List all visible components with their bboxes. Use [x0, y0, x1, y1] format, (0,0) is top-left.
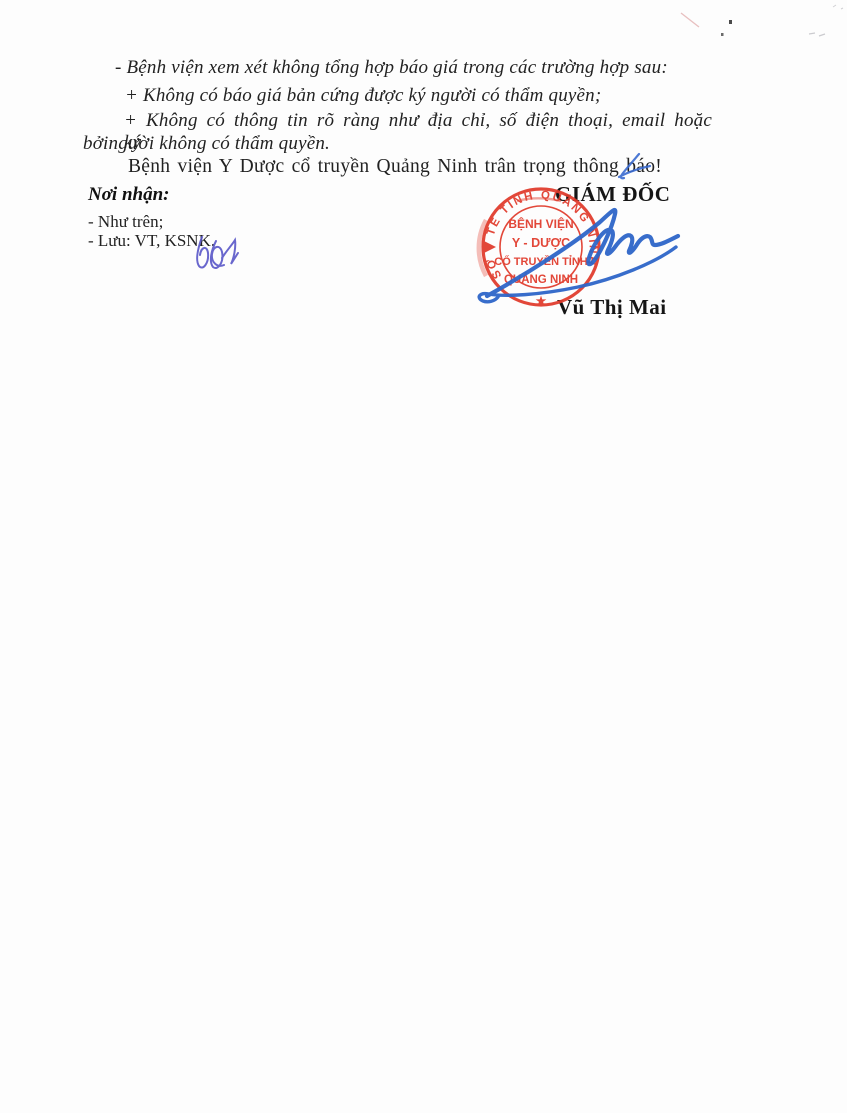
- stamp-center-line-3: CỔ TRUYỀN TỈNH: [494, 255, 588, 268]
- scanned-document-page: - Bệnh viện xem xét không tổng hợp báo g…: [0, 0, 847, 1113]
- stamp-inner-ring-circle: [500, 206, 582, 288]
- recipients-heading: Nơi nhận:: [88, 184, 169, 206]
- signature-underline-stroke: [479, 247, 676, 302]
- director-signature-scribble: [479, 210, 678, 302]
- signer-name: Vũ Thị Mai: [557, 295, 667, 320]
- closing-statement: Bệnh viện Y Dược cổ truyền Quảng Ninh tr…: [128, 156, 662, 178]
- recipient-item-1: - Như trên;: [88, 212, 163, 232]
- stamp-center-line-2: Y - DƯỢC: [512, 236, 570, 250]
- scan-corner-marks: [833, 5, 843, 9]
- stamp-edge-smear: [479, 220, 486, 276]
- recipient-item-2: - Lưu: VT, KSNK.: [88, 231, 215, 251]
- signature-main-stroke: [487, 210, 678, 296]
- stamp-center-line-4: QUẢNG NINH: [504, 273, 578, 286]
- scan-speck-1: [729, 20, 732, 24]
- body-line-plus-1: + Không có báo giá bản cứng được ký ngườ…: [125, 85, 601, 107]
- stamp-center-line-1: BỆNH VIỆN: [508, 216, 573, 231]
- scan-speck-2: [721, 33, 724, 36]
- scan-artifacts: [681, 5, 843, 36]
- scan-red-streak: [681, 13, 699, 27]
- body-line-bullet: - Bệnh viện xem xét không tổng hợp báo g…: [115, 57, 668, 79]
- scan-gray-marks: [809, 33, 825, 36]
- stamp-text-group: SỞ Y TẾ TỈNH QUẢNG NINH BỆNH VIỆN Y - DƯ…: [483, 189, 598, 308]
- body-line-plus-2b: bởingười không có thẩm quyền.: [83, 133, 330, 155]
- stamp-star-icon: ★: [536, 294, 547, 308]
- initials-stroke-3: [222, 240, 238, 264]
- director-title: GIÁM ĐỐC: [555, 182, 670, 207]
- stamp-arrow-mark: [484, 241, 496, 253]
